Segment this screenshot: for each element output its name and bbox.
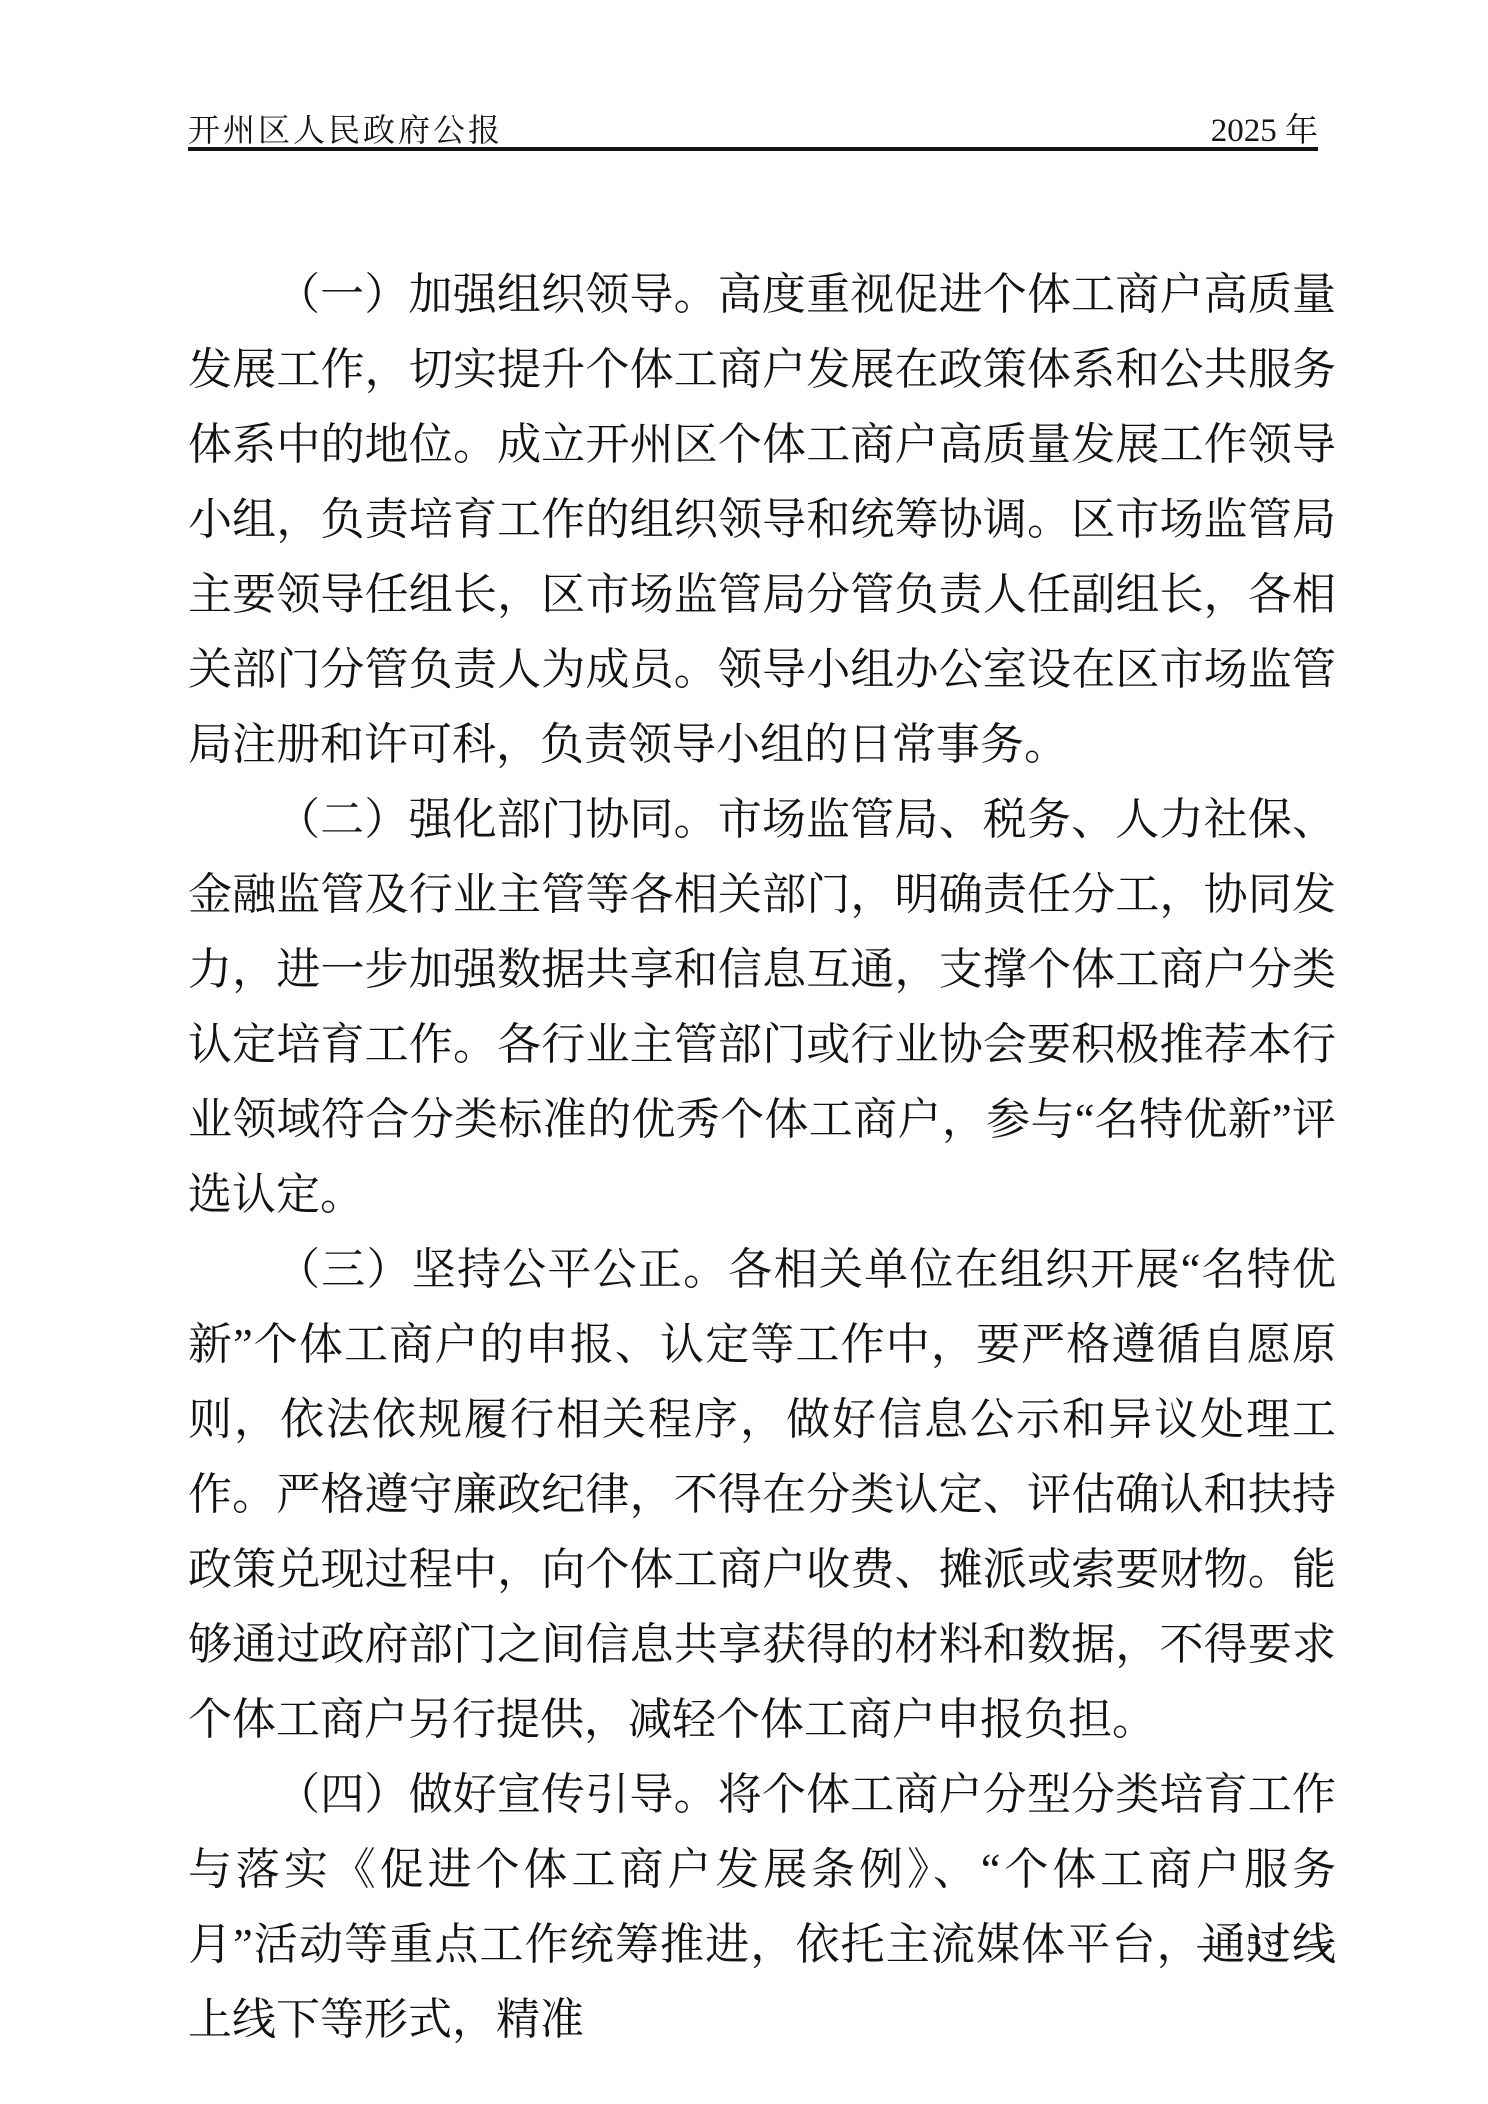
document-body: （一）加强组织领导。高度重视促进个体工商户高质量发展工作，切实提升个体工商户发展… — [188, 257, 1336, 2057]
page-number: — 53 — — [1198, 1926, 1337, 1961]
publication-title: 开州区人民政府公报 — [188, 105, 503, 151]
paragraph-4-publicity-guidance: （四）做好宣传引导。将个体工商户分型分类培育工作与落实《促进个体工商户发展条例》… — [188, 1757, 1336, 2057]
header-divider — [188, 147, 1318, 151]
paragraph-1-organization-leadership: （一）加强组织领导。高度重视促进个体工商户高质量发展工作，切实提升个体工商户发展… — [188, 257, 1336, 782]
publication-year: 2025 年 — [1211, 104, 1318, 151]
page-header: 开州区人民政府公报 2025 年 — [188, 104, 1318, 151]
paragraph-2-department-coordination: （二）强化部门协同。市场监管局、税务、人力社保、金融监管及行业主管等各相关部门，… — [188, 782, 1336, 1232]
gazette-page: 开州区人民政府公报 2025 年 （一）加强组织领导。高度重视促进个体工商户高质… — [0, 0, 1488, 2104]
page-footer: — 53 — — [1198, 1926, 1337, 1962]
paragraph-3-fairness-justice: （三）坚持公平公正。各相关单位在组织开展“名特优新”个体工商户的申报、认定等工作… — [188, 1232, 1336, 1757]
